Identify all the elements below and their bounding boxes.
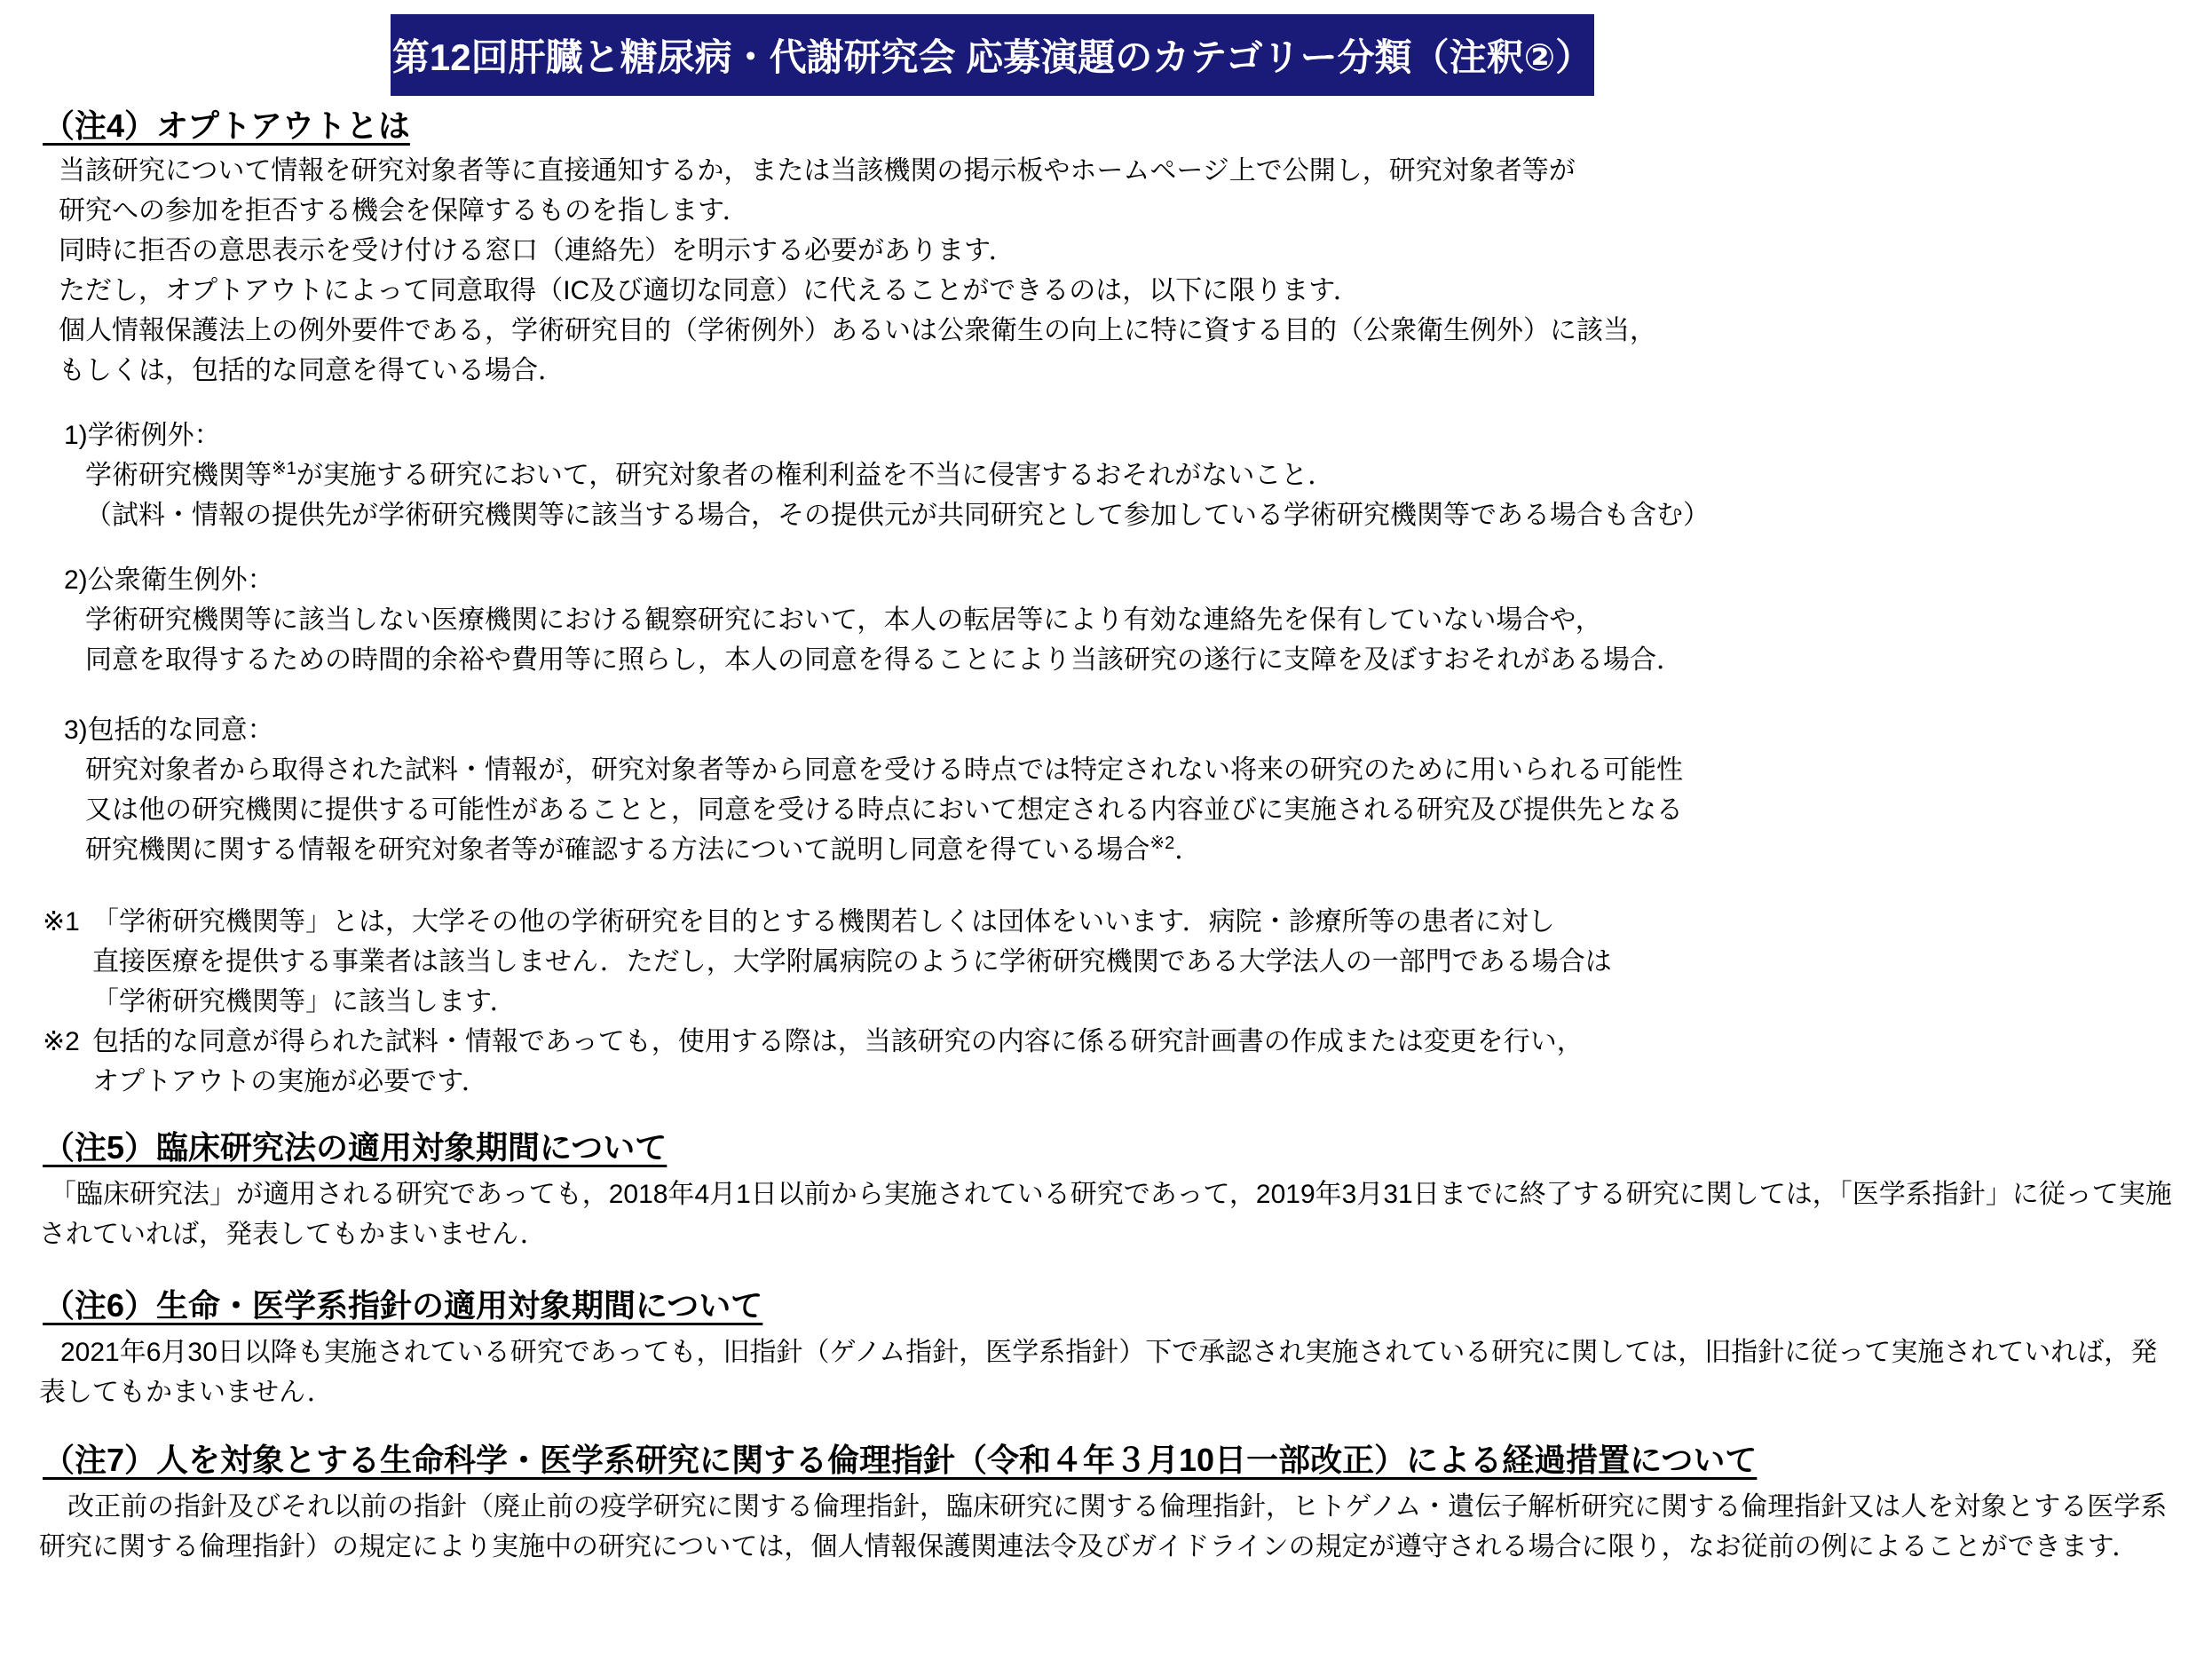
footnote-1-marker: ※1 bbox=[43, 902, 92, 1022]
text-line: 「学術研究機関等」に該当します． bbox=[92, 982, 2212, 1022]
note5-heading: （注5）臨床研究法の適用対象期間について bbox=[43, 1128, 2212, 1167]
item-title: 3)包括的な同意： bbox=[64, 710, 2212, 750]
footnote-1-body: 「学術研究機関等」とは，大学その他の学術研究を目的とする機関若しくは団体をいいま… bbox=[92, 902, 2212, 1022]
note5-body: 「臨床研究法」が適用される研究であっても，2018年4月1日以前から実施されてい… bbox=[39, 1174, 2178, 1254]
footnote-2-body: 包括的な同意が得られた試料・情報であっても，使用する際は，当該研究の内容に係る研… bbox=[92, 1022, 2212, 1102]
footnote-ref-2: ※2 bbox=[1149, 834, 1174, 853]
footnotes: ※1 「学術研究機関等」とは，大学その他の学術研究を目的とする機関若しくは団体を… bbox=[0, 902, 2212, 1102]
item-body: 学術研究機関等※1が実施する研究において，研究対象者の権利利益を不当に侵害するお… bbox=[85, 455, 2212, 535]
text-line: （試料・情報の提供先が学術研究機関等に該当する場合，その提供元が共同研究として参… bbox=[85, 495, 2212, 535]
footnote-2: ※2 包括的な同意が得られた試料・情報であっても，使用する際は，当該研究の内容に… bbox=[43, 1022, 2212, 1102]
footnote-ref-1: ※1 bbox=[272, 459, 296, 478]
footnote-2-marker: ※2 bbox=[43, 1022, 92, 1102]
item-body: 学術研究機関等に該当しない医療機関における観察研究において，本人の転居等により有… bbox=[85, 600, 2212, 680]
note6-heading: （注6）生命・医学系指針の適用対象期間について bbox=[43, 1286, 2212, 1325]
text-line: ただし，オプトアウトによって同意取得（IC及び適切な同意）に代えることができるの… bbox=[59, 271, 2212, 311]
text-segment: が実施する研究において，研究対象者の権利利益を不当に侵害するおそれがないこと． bbox=[296, 461, 1334, 490]
text-line: 個人情報保護法上の例外要件である，学術研究目的（学術例外）あるいは公衆衛生の向上… bbox=[59, 311, 2212, 351]
document-body: （注4）オプトアウトとは 当該研究について情報を研究対象者等に直接通知するか，ま… bbox=[0, 107, 2212, 1567]
text-line: 学術研究機関等※1が実施する研究において，研究対象者の権利利益を不当に侵害するお… bbox=[85, 455, 2212, 495]
note4-heading: （注4）オプトアウトとは bbox=[43, 107, 2212, 146]
note4-item-comprehensive-consent: 3)包括的な同意： 研究対象者から取得された試料・情報が，研究対象者等から同意を… bbox=[0, 710, 2212, 870]
note7-body: 改正前の指針及びそれ以前の指針（廃止前の疫学研究に関する倫理指針，臨床研究に関す… bbox=[39, 1487, 2178, 1567]
item-title: 1)学術例外： bbox=[64, 415, 2212, 455]
note4-intro-paragraph: 当該研究について情報を研究対象者等に直接通知するか，または当該機関の掲示板やホー… bbox=[59, 151, 2212, 391]
text-line: 当該研究について情報を研究対象者等に直接通知するか，または当該機関の掲示板やホー… bbox=[59, 151, 2212, 191]
note4-item-public-health-exception: 2)公衆衛生例外： 学術研究機関等に該当しない医療機関における観察研究において，… bbox=[0, 560, 2212, 680]
text-segment: ． bbox=[1174, 835, 1201, 865]
item-title: 2)公衆衛生例外： bbox=[64, 560, 2212, 600]
note4-item-academic-exception: 1)学術例外： 学術研究機関等※1が実施する研究において，研究対象者の権利利益を… bbox=[0, 415, 2212, 535]
document-title-banner: 第12回肝臓と糖尿病・代謝研究会 応募演題のカテゴリー分類（注釈②） bbox=[391, 14, 1594, 96]
document-title: 第12回肝臓と糖尿病・代謝研究会 応募演題のカテゴリー分類（注釈②） bbox=[392, 28, 1592, 82]
footnote-1: ※1 「学術研究機関等」とは，大学その他の学術研究を目的とする機関若しくは団体を… bbox=[43, 902, 2212, 1022]
note7-heading: （注7）人を対象とする生命科学・医学系研究に関する倫理指針（令和４年３月10日一… bbox=[43, 1441, 2212, 1480]
text-line: 研究対象者から取得された試料・情報が，研究対象者等から同意を受ける時点では特定さ… bbox=[85, 750, 2212, 790]
text-segment: 研究機関に関する情報を研究対象者等が確認する方法について説明し同意を得ている場合 bbox=[85, 835, 1149, 865]
text-line: 研究機関に関する情報を研究対象者等が確認する方法について説明し同意を得ている場合… bbox=[85, 830, 2212, 870]
text-line: 直接医療を提供する事業者は該当しません．ただし，大学附属病院のように学術研究機関… bbox=[92, 942, 2212, 982]
text-line: 同時に拒否の意思表示を受け付ける窓口（連絡先）を明示する必要があります． bbox=[59, 231, 2212, 271]
text-line: 同意を取得するための時間的余裕や費用等に照らし，本人の同意を得ることにより当該研… bbox=[85, 640, 2212, 680]
text-line: 研究への参加を拒否する機会を保障するものを指します． bbox=[59, 191, 2212, 231]
text-line: 包括的な同意が得られた試料・情報であっても，使用する際は，当該研究の内容に係る研… bbox=[92, 1022, 2212, 1062]
text-segment: 学術研究機関等 bbox=[85, 461, 272, 490]
text-line: 又は他の研究機関に提供する可能性があることと，同意を受ける時点において想定される… bbox=[85, 790, 2212, 830]
text-line: 学術研究機関等に該当しない医療機関における観察研究において，本人の転居等により有… bbox=[85, 600, 2212, 640]
note6-body: 2021年6月30日以降も実施されている研究であっても，旧指針（ゲノム指針，医学… bbox=[39, 1332, 2178, 1412]
text-line: 「学術研究機関等」とは，大学その他の学術研究を目的とする機関若しくは団体をいいま… bbox=[92, 902, 2212, 942]
text-line: もしくは，包括的な同意を得ている場合． bbox=[59, 351, 2212, 391]
text-line: オプトアウトの実施が必要です． bbox=[92, 1062, 2212, 1102]
item-body: 研究対象者から取得された試料・情報が，研究対象者等から同意を受ける時点では特定さ… bbox=[85, 750, 2212, 870]
